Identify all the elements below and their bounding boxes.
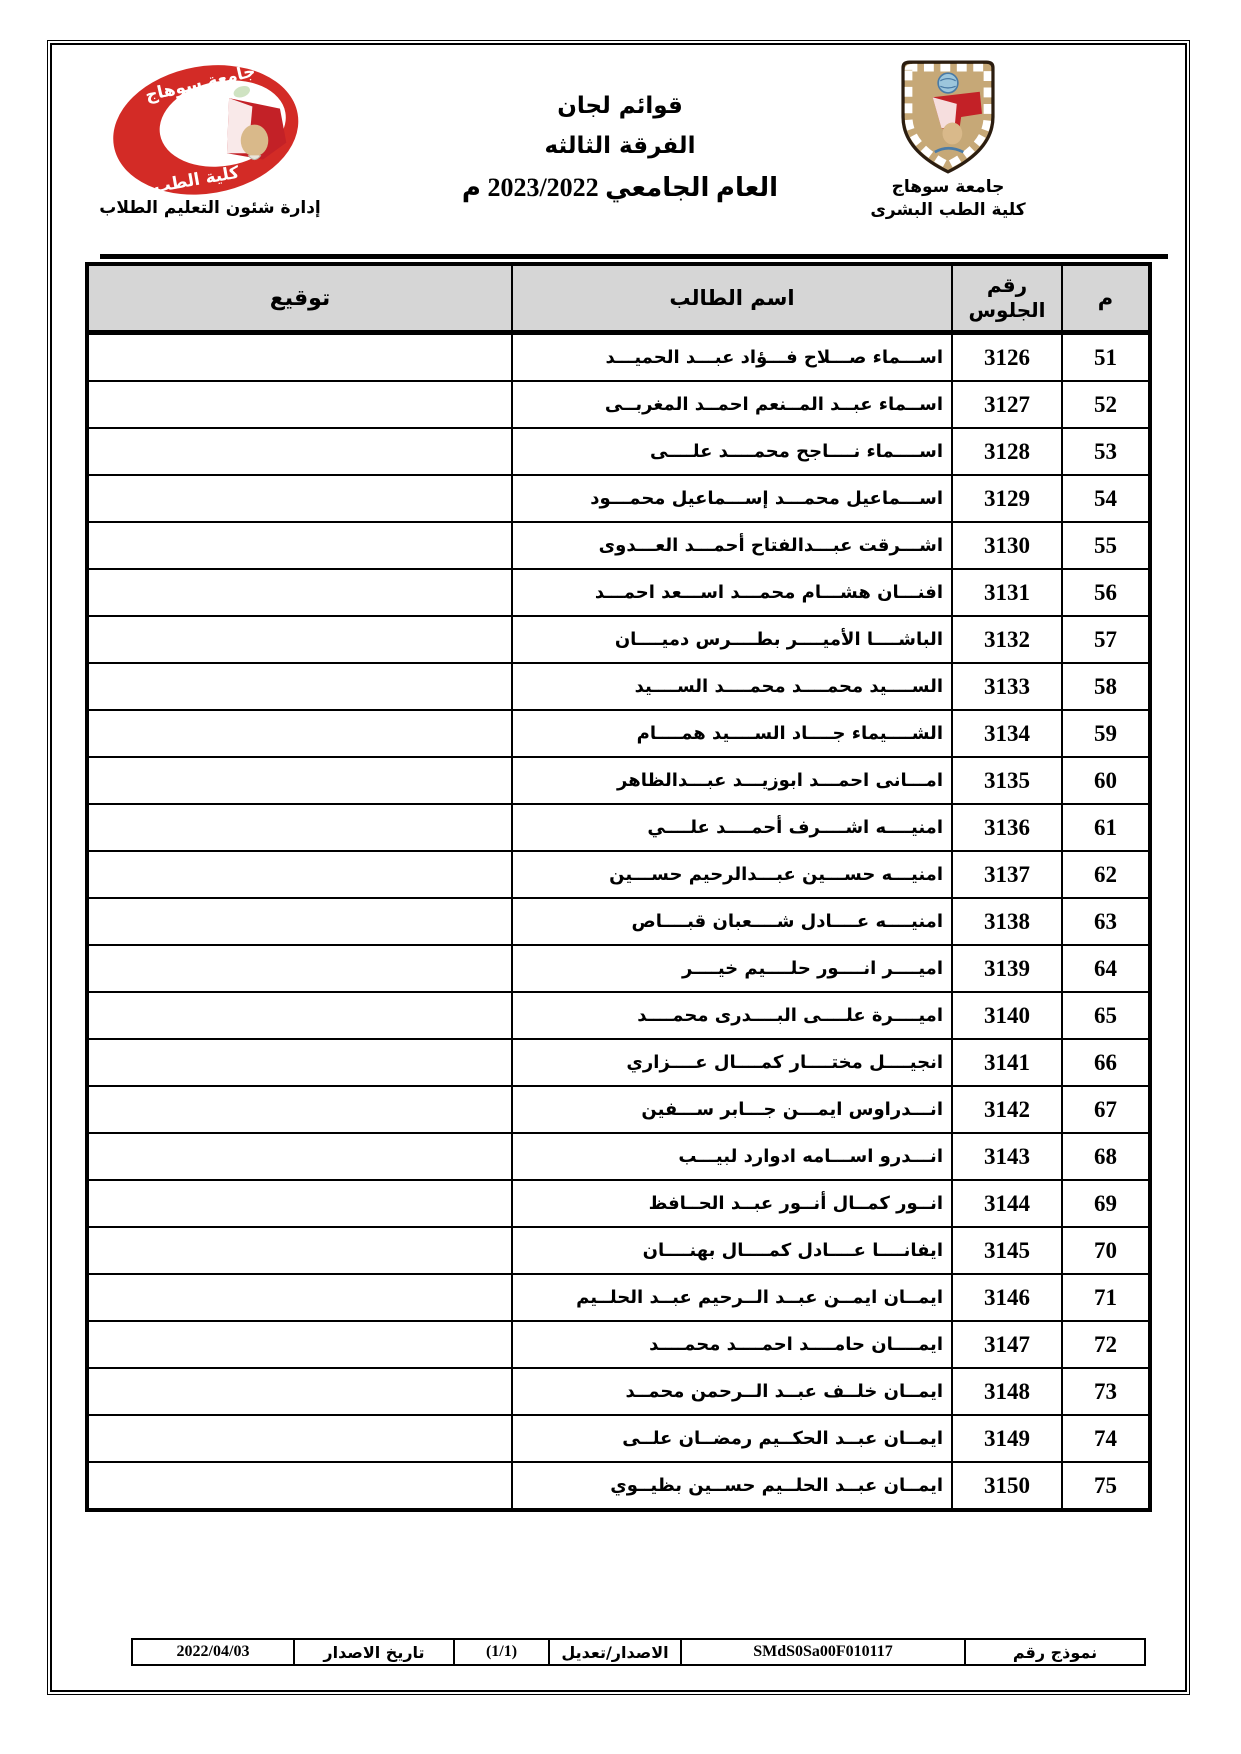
header-department-block: جامعة سوهاج كلية الطب إدارة شئون التعليم…: [85, 62, 335, 218]
seat-number-cell: 3148: [952, 1368, 1062, 1415]
table-row: 753150ايمــان عبــد الحلــيم حســين بظيـ…: [87, 1462, 1150, 1510]
student-name-cell: ايمــان ايمــن عبــد الــرحيم عبــد الحل…: [512, 1274, 952, 1321]
students-table: م رقم الجلوس اسم الطالب توقيع 513126اســ…: [85, 262, 1152, 1512]
student-name-cell: اميــــر انــــور حلــــيم خيــــر: [512, 945, 952, 992]
serial-cell: 72: [1062, 1321, 1150, 1368]
issue-date-label: تاريخ الاصدار: [294, 1639, 454, 1665]
seat-number-cell: 3138: [952, 898, 1062, 945]
serial-cell: 74: [1062, 1415, 1150, 1462]
seat-number-cell: 3149: [952, 1415, 1062, 1462]
table-row: 613136امنيــــه اشــــرف أحمــــد علــــ…: [87, 804, 1150, 851]
serial-cell: 75: [1062, 1462, 1150, 1510]
table-row: 523127اســماء عبــد المــنعم احمــد المغ…: [87, 381, 1150, 428]
column-header-signature: توقيع: [87, 264, 512, 333]
serial-cell: 56: [1062, 569, 1150, 616]
table-row: 553130اشـــرقت عبـــدالفتاح أحمـــد العـ…: [87, 522, 1150, 569]
table-row: 513126اســـماء صـــلاح فـــؤاد عبـــد ال…: [87, 333, 1150, 382]
form-code-value: SMdS0Sa00F010117: [681, 1639, 965, 1665]
student-name-cell: ايفانــــا عــــادل كمــــال بهنــــان: [512, 1227, 952, 1274]
student-name-cell: اشـــرقت عبـــدالفتاح أحمـــد العـــدوى: [512, 522, 952, 569]
seat-number-cell: 3142: [952, 1086, 1062, 1133]
table-row: 743149ايمــان عبــد الحكــيم رمضــان علـ…: [87, 1415, 1150, 1462]
student-name-cell: ايمــــان حامــــد احمــــد محمــــد: [512, 1321, 952, 1368]
student-name-cell: امنيـــه حســـين عبـــدالرحيم حســـين: [512, 851, 952, 898]
student-name-cell: امنيــــه اشــــرف أحمــــد علــــي: [512, 804, 952, 851]
student-name-cell: انــور كمــال أنــور عبــد الحــافظ: [512, 1180, 952, 1227]
department-name: إدارة شئون التعليم الطلاب: [85, 198, 335, 218]
academic-year-title: العام الجامعي 2023/2022 م: [400, 166, 840, 210]
faculty-crescent-logo: جامعة سوهاج كلية الطب: [104, 62, 316, 202]
table-row: 563131افنـــان هشـــام محمـــد اســـعد ا…: [87, 569, 1150, 616]
serial-cell: 54: [1062, 475, 1150, 522]
signature-cell: [87, 710, 512, 757]
signature-cell: [87, 381, 512, 428]
serial-cell: 63: [1062, 898, 1150, 945]
signature-cell: [87, 522, 512, 569]
column-header-student-name: اسم الطالب: [512, 264, 952, 333]
signature-cell: [87, 333, 512, 382]
student-name-cell: ايمــان عبــد الحلــيم حســين بظيــوي: [512, 1462, 952, 1510]
table-row: 543129اســـماعيل محمـــد إســـماعيل محمـ…: [87, 475, 1150, 522]
signature-cell: [87, 757, 512, 804]
table-row: 593134الشــــيماء جــــاد الســــيد همــ…: [87, 710, 1150, 757]
signature-cell: [87, 804, 512, 851]
seat-number-cell: 3132: [952, 616, 1062, 663]
column-header-serial: م: [1062, 264, 1150, 333]
faculty-name: كلية الطب البشرى: [858, 199, 1038, 222]
seat-number-cell: 3139: [952, 945, 1062, 992]
table-row: 643139اميــــر انــــور حلــــيم خيــــر: [87, 945, 1150, 992]
signature-cell: [87, 1321, 512, 1368]
student-name-cell: ايمــان خلــف عبــد الــرحمن محمــد: [512, 1368, 952, 1415]
serial-cell: 60: [1062, 757, 1150, 804]
signature-cell: [87, 851, 512, 898]
document-title-block: قوائم لجان الفرقة الثالثه العام الجامعي …: [400, 86, 840, 210]
signature-cell: [87, 569, 512, 616]
signature-cell: [87, 663, 512, 710]
table-row: 623137امنيـــه حســـين عبـــدالرحيم حســ…: [87, 851, 1150, 898]
table-header-row: م رقم الجلوس اسم الطالب توقيع: [87, 264, 1150, 333]
serial-cell: 70: [1062, 1227, 1150, 1274]
serial-cell: 62: [1062, 851, 1150, 898]
signature-cell: [87, 1368, 512, 1415]
signature-cell: [87, 992, 512, 1039]
issue-revision-label: الاصدار/تعديل: [549, 1639, 681, 1665]
seat-number-cell: 3143: [952, 1133, 1062, 1180]
header-divider-rule: [100, 254, 1168, 259]
signature-cell: [87, 1462, 512, 1510]
seat-number-cell: 3144: [952, 1180, 1062, 1227]
seat-number-cell: 3135: [952, 757, 1062, 804]
seat-number-cell: 3131: [952, 569, 1062, 616]
student-name-cell: ايمــان عبــد الحكــيم رمضــان علــى: [512, 1415, 952, 1462]
signature-cell: [87, 428, 512, 475]
serial-cell: 61: [1062, 804, 1150, 851]
table-row: 683143انـــدرو اســـامه ادوارد لبيـــب: [87, 1133, 1150, 1180]
page-title: قوائم لجان: [400, 86, 840, 126]
serial-cell: 59: [1062, 710, 1150, 757]
serial-cell: 51: [1062, 333, 1150, 382]
seat-number-cell: 3126: [952, 333, 1062, 382]
university-name: جامعة سوهاج: [858, 176, 1038, 199]
student-name-cell: الباشــــا الأميــــر بطــــرس دميــــان: [512, 616, 952, 663]
seat-number-cell: 3133: [952, 663, 1062, 710]
student-name-cell: اســــماء نــــاجح محمــــد علــــى: [512, 428, 952, 475]
signature-cell: [87, 1415, 512, 1462]
serial-cell: 68: [1062, 1133, 1150, 1180]
table-row: 723147ايمــــان حامــــد احمــــد محمـــ…: [87, 1321, 1150, 1368]
issue-revision-value: (1/1): [454, 1639, 549, 1665]
table-row: 583133الســــيد محمــــد محمــــد الســـ…: [87, 663, 1150, 710]
signature-cell: [87, 1086, 512, 1133]
student-name-cell: الشــــيماء جــــاد الســــيد همــــام: [512, 710, 952, 757]
serial-cell: 64: [1062, 945, 1150, 992]
grade-title: الفرقة الثالثه: [400, 126, 840, 166]
student-name-cell: الســــيد محمــــد محمــــد الســــيد: [512, 663, 952, 710]
signature-cell: [87, 475, 512, 522]
table-row: 703145ايفانــــا عــــادل كمــــال بهنــ…: [87, 1227, 1150, 1274]
university-shield-logo: [890, 60, 1006, 174]
student-name-cell: انـــدراوس ايمـــن جـــابر ســـفين: [512, 1086, 952, 1133]
seat-number-cell: 3141: [952, 1039, 1062, 1086]
student-name-cell: اســماء عبــد المــنعم احمــد المغربــى: [512, 381, 952, 428]
seat-number-cell: 3145: [952, 1227, 1062, 1274]
student-name-cell: افنـــان هشـــام محمـــد اســـعد احمـــد: [512, 569, 952, 616]
serial-cell: 66: [1062, 1039, 1150, 1086]
signature-cell: [87, 616, 512, 663]
serial-cell: 71: [1062, 1274, 1150, 1321]
student-name-cell: اســـماعيل محمـــد إســـماعيل محمـــود: [512, 475, 952, 522]
signature-cell: [87, 1227, 512, 1274]
student-name-cell: اســـماء صـــلاح فـــؤاد عبـــد الحميـــ…: [512, 333, 952, 382]
serial-cell: 65: [1062, 992, 1150, 1039]
table-row: 733148ايمــان خلــف عبــد الــرحمن محمــ…: [87, 1368, 1150, 1415]
table-row: 653140اميــــرة علــــى البــــدرى محمــ…: [87, 992, 1150, 1039]
seat-number-cell: 3130: [952, 522, 1062, 569]
table-row: 713146ايمــان ايمــن عبــد الــرحيم عبــ…: [87, 1274, 1150, 1321]
signature-cell: [87, 945, 512, 992]
student-name-cell: امـــانى احمـــد ابوزيـــد عبـــدالظاهر: [512, 757, 952, 804]
student-name-cell: انجيــــل مختــــار كمــــال عــــزاري: [512, 1039, 952, 1086]
table-row: 673142انـــدراوس ايمـــن جـــابر ســـفين: [87, 1086, 1150, 1133]
table-row: 693144انــور كمــال أنــور عبــد الحــاف…: [87, 1180, 1150, 1227]
student-name-cell: امنيــــه عــــادل شــــعبان قبــــاص: [512, 898, 952, 945]
form-info-row: نموذج رقم SMdS0Sa00F010117 الاصدار/تعديل…: [132, 1639, 1145, 1665]
table-row: 533128اســــماء نــــاجح محمــــد علــــ…: [87, 428, 1150, 475]
form-info-table: نموذج رقم SMdS0Sa00F010117 الاصدار/تعديل…: [131, 1638, 1146, 1666]
table-row: 663141انجيــــل مختــــار كمــــال عــــ…: [87, 1039, 1150, 1086]
header-university-block: جامعة سوهاج كلية الطب البشرى: [858, 60, 1038, 222]
serial-cell: 57: [1062, 616, 1150, 663]
seat-number-cell: 3136: [952, 804, 1062, 851]
table-row: 573132الباشــــا الأميــــر بطــــرس دمي…: [87, 616, 1150, 663]
serial-cell: 69: [1062, 1180, 1150, 1227]
table-row: 603135امـــانى احمـــد ابوزيـــد عبـــدا…: [87, 757, 1150, 804]
signature-cell: [87, 1039, 512, 1086]
seat-number-cell: 3127: [952, 381, 1062, 428]
issue-date-value: 2022/04/03: [132, 1639, 294, 1665]
student-name-cell: اميــــرة علــــى البــــدرى محمــــد: [512, 992, 952, 1039]
column-header-seat-number: رقم الجلوس: [952, 264, 1062, 333]
signature-cell: [87, 1133, 512, 1180]
signature-cell: [87, 1180, 512, 1227]
signature-cell: [87, 1274, 512, 1321]
serial-cell: 58: [1062, 663, 1150, 710]
seat-number-cell: 3128: [952, 428, 1062, 475]
seat-number-cell: 3134: [952, 710, 1062, 757]
signature-cell: [87, 898, 512, 945]
form-number-label: نموذج رقم: [965, 1639, 1145, 1665]
seat-number-cell: 3137: [952, 851, 1062, 898]
table-row: 633138امنيــــه عــــادل شــــعبان قبـــ…: [87, 898, 1150, 945]
serial-cell: 73: [1062, 1368, 1150, 1415]
serial-cell: 55: [1062, 522, 1150, 569]
seat-number-cell: 3129: [952, 475, 1062, 522]
student-name-cell: انـــدرو اســـامه ادوارد لبيـــب: [512, 1133, 952, 1180]
seat-number-cell: 3150: [952, 1462, 1062, 1510]
seat-number-cell: 3147: [952, 1321, 1062, 1368]
serial-cell: 52: [1062, 381, 1150, 428]
serial-cell: 53: [1062, 428, 1150, 475]
seat-number-cell: 3146: [952, 1274, 1062, 1321]
seat-number-cell: 3140: [952, 992, 1062, 1039]
serial-cell: 67: [1062, 1086, 1150, 1133]
